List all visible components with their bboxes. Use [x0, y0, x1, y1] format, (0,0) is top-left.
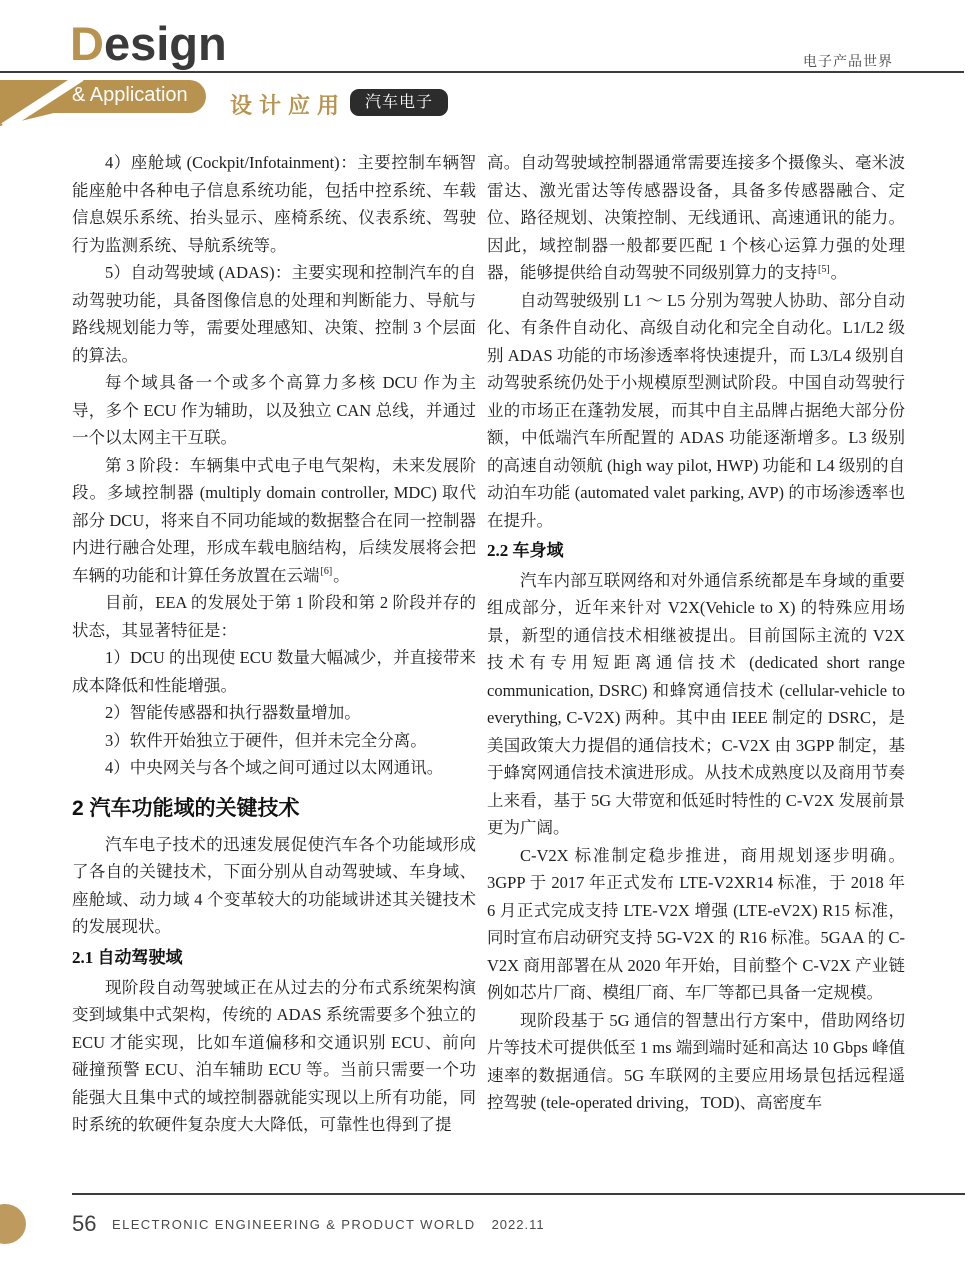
brand-logo: Design	[70, 20, 227, 67]
paragraph-dcu: 每个域具备一个或多个高算力多核 DCU 作为主导，多个 ECU 作为辅助，以及独…	[72, 369, 476, 452]
header-rule	[0, 71, 964, 73]
paragraph-stage3: 第 3 阶段：车辆集中式电子电气架构，未来发展阶段。多域控制器 (multipl…	[72, 452, 476, 590]
list-item-2: 2）智能传感器和执行器数量增加。	[72, 699, 476, 727]
brand-banner: & Application	[0, 80, 212, 128]
paragraph-adas-domain: 5）自动驾驶域 (ADAS)：主要实现和控制汽车的自动驾驶功能，具备图像信息的处…	[72, 259, 476, 369]
paragraph-5g-mobility: 现阶段基于 5G 通信的智慧出行方案中，借助网络切片等技术可提供低至 1 ms …	[487, 1007, 905, 1117]
paragraph-cockpit-domain: 4）座舱域 (Cockpit/Infotainment)：主要控制车辆智能座舱中…	[72, 149, 476, 259]
subsection-heading-2-2: 2.2 车身域	[487, 540, 905, 563]
paragraph-ad-levels: 自动驾驶级别 L1 ～ L5 分别为驾驶人协助、部分自动化、有条件自动化、高级自…	[487, 287, 905, 535]
paragraph-cv2x-standards: C-V2X 标准制定稳步推进，商用规划逐步明确。3GPP 于 2017 年正式发…	[487, 842, 905, 1007]
paragraph-key-tech-intro: 汽车电子技术的迅速发展促使汽车各个功能域形成了各自的关键技术，下面分别从自动驾驶…	[72, 831, 476, 941]
citation-5: [5]	[818, 264, 830, 275]
list-item-1: 1）DCU 的出现使 ECU 数量大幅减少，并直接带来成本降低和性能增强。	[72, 644, 476, 699]
footer-journal-name: ELECTRONIC ENGINEERING & PRODUCT WORLD20…	[112, 1217, 545, 1232]
journal-name-cn: 电子产品世界	[803, 51, 893, 71]
paragraph-eea-status: 目前，EEA 的发展处于第 1 阶段和第 2 阶段并存的状态，其显著特征是：	[72, 589, 476, 644]
footer-journal-en: ELECTRONIC ENGINEERING & PRODUCT WORLD	[112, 1217, 476, 1232]
footer-issue: 2022.11	[492, 1217, 545, 1232]
paragraph-stage3-text: 第 3 阶段：车辆集中式电子电气架构，未来发展阶段。多域控制器 (multipl…	[72, 456, 476, 585]
brand-rest: esign	[104, 17, 227, 70]
citation-6: [6]	[321, 566, 333, 577]
page-number: 56	[72, 1211, 96, 1237]
brand-subtitle: & Application	[72, 84, 188, 107]
footer-rule	[72, 1193, 965, 1195]
list-item-4: 4）中央网关与各个域之间可通过以太网通讯。	[72, 754, 476, 782]
section-heading-2: 2 汽车功能域的关键技术	[72, 796, 476, 821]
paragraph-v2x: 汽车内部互联网络和对外通信系统都是车身域的重要组成部分，近年来针对 V2X(Ve…	[487, 567, 905, 842]
paragraph-domain-controller-end: 。	[831, 263, 848, 282]
topic-tag: 汽车电子	[350, 89, 448, 116]
column-left: 4）座舱域 (Cockpit/Infotainment)：主要控制车辆智能座舱中…	[72, 149, 476, 1139]
list-item-3: 3）软件开始独立于硬件，但并未完全分离。	[72, 727, 476, 755]
subsection-heading-2-1: 2.1 自动驾驶域	[72, 947, 476, 970]
brand-initial: D	[70, 17, 104, 70]
column-right: 高。自动驾驶域控制器通常需要连接多个摄像头、毫米波雷达、激光雷达等传感器设备，具…	[487, 149, 905, 1117]
magazine-page: Design & Application 设计应用 汽车电子 电子产品世界 4）…	[0, 0, 969, 1276]
section-label-cn: 设计应用	[230, 89, 346, 120]
paragraph-domain-controller: 高。自动驾驶域控制器通常需要连接多个摄像头、毫米波雷达、激光雷达等传感器设备，具…	[487, 149, 905, 287]
paragraph-ad-domain: 现阶段自动驾驶域正在从过去的分布式系统架构演变到域集中式架构，传统的 ADAS …	[72, 974, 476, 1139]
paragraph-stage3-end: 。	[333, 566, 350, 585]
footer-gold-circle	[0, 1204, 26, 1244]
